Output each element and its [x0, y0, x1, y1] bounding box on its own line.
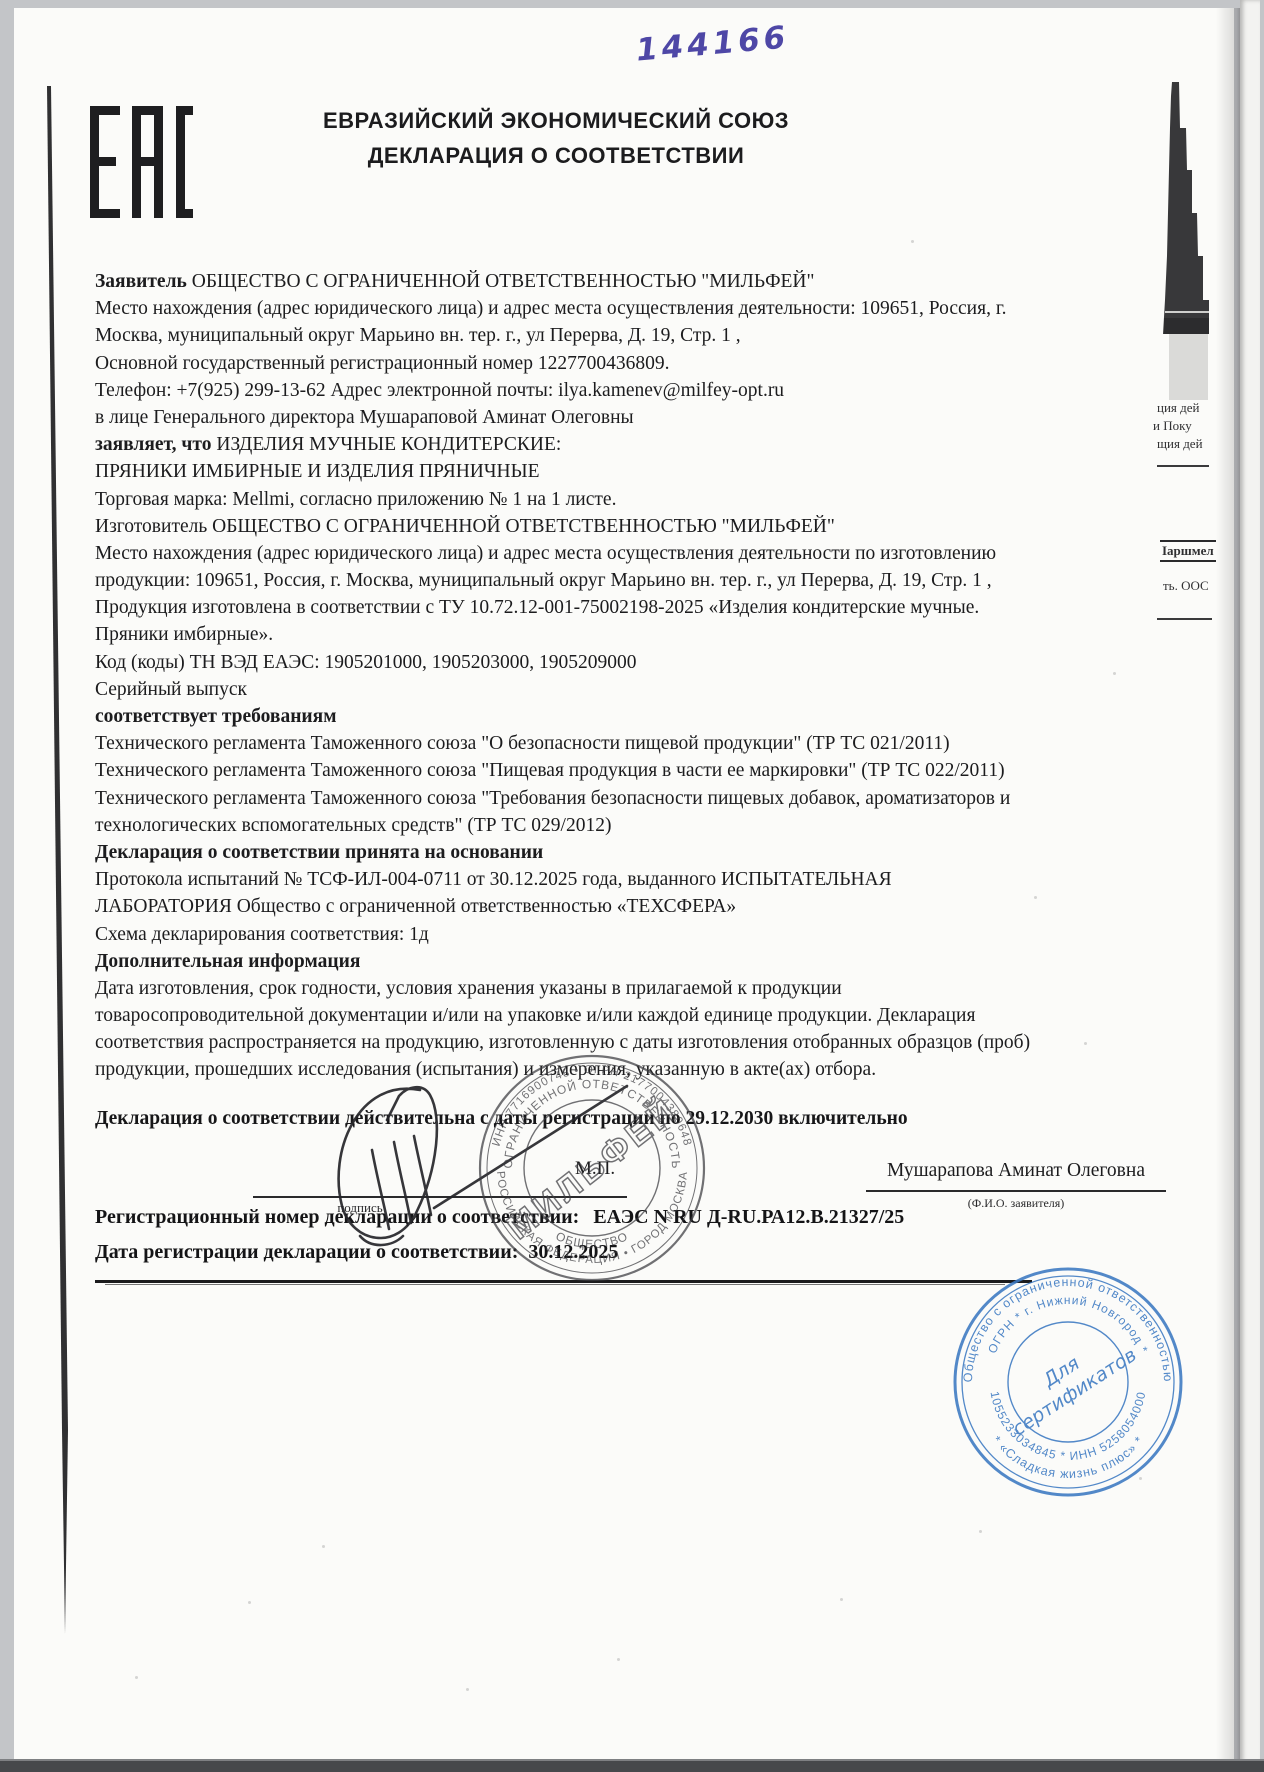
document-line: ЛАБОРАТОРИЯ Общество с ограниченной отве… [95, 893, 1095, 920]
applicant-name-line [866, 1172, 1166, 1192]
document-line: заявляет, что ИЗДЕЛИЯ МУЧНЫЕ КОНДИТЕРСКИ… [95, 431, 1095, 458]
registration-date-label: Дата регистрации декларации о соответств… [95, 1241, 518, 1263]
document-header: ЕВРАЗИЙСКИЙ ЭКОНОМИЧЕСКИЙ СОЮЗ ДЕКЛАРАЦИ… [250, 108, 862, 169]
document-line: Технического регламента Таможенного союз… [95, 785, 1095, 812]
document-line: ПРЯНИКИ ИМБИРНЫЕ И ИЗДЕЛИЯ ПРЯНИЧНЫЕ [95, 458, 1095, 485]
certification-blue-stamp: Общество с ограниченной ответственностью… [946, 1260, 1190, 1504]
document-line: Торговая марка: Mellmi, согласно приложе… [95, 486, 1095, 513]
document-line: Дополнительная информация [95, 948, 1095, 975]
document-line: Пряники имбирные». [95, 621, 1095, 648]
document-line: Место нахождения (адрес юридического лиц… [95, 295, 1095, 322]
sheet-behind-rule [1157, 618, 1212, 620]
document-line: технологических вспомогательных средств"… [95, 812, 1095, 839]
sheet-behind-rule [1157, 465, 1209, 467]
document-line: в лице Генерального директора Мушарапово… [95, 404, 1095, 431]
sheet-behind-fragment: ция дей [1157, 400, 1200, 416]
document-line: Место нахождения (адрес юридического лиц… [95, 540, 1095, 567]
document-line: Серийный выпуск [95, 676, 1095, 703]
document-line: Основной государственный регистрационный… [95, 350, 1095, 377]
document-line: Дата изготовления, срок годности, услови… [95, 975, 1095, 1002]
sheet-behind-fragment: и Поку [1153, 418, 1192, 434]
document-line: Технического регламента Таможенного союз… [95, 730, 1095, 757]
document-line: Заявитель ОБЩЕСТВО С ОГРАНИЧЕННОЙ ОТВЕТС… [95, 268, 1095, 295]
stamp-inner-bottom-text: ОБЩЕСТВО [554, 1229, 631, 1251]
sheet-behind-fragment: щия дей [1157, 436, 1203, 452]
scanned-declaration-page: { "header": { "logo": "EAC", "title_line… [0, 0, 1264, 1772]
scan-bottom-edge [0, 1759, 1264, 1772]
document-line: Код (коды) ТН ВЭД ЕАЭС: 1905201000, 1905… [95, 649, 1095, 676]
svg-text:ОБЩЕСТВО: ОБЩЕСТВО [554, 1229, 631, 1251]
document-line: Продукция изготовлена в соответствии с Т… [95, 594, 1095, 621]
document-line: соответствует требованиям [95, 703, 1095, 730]
underlying-sheet-edge [1240, 0, 1260, 1772]
document-line: Схема декларирования соответствия: 1д [95, 921, 1095, 948]
company-round-stamp: ИНН 7716900748 • ОГРН 2177004380648 РОСС… [470, 1046, 714, 1290]
declaration-title: ДЕКЛАРАЦИЯ О СООТВЕТСТВИИ [250, 143, 862, 169]
document-line: Технического регламента Таможенного союз… [95, 757, 1095, 784]
document-line: продукции: 109651, Россия, г. Москва, му… [95, 567, 1095, 594]
paper-edge-shadow [1216, 8, 1240, 1760]
union-title: ЕВРАЗИЙСКИЙ ЭКОНОМИЧЕСКИЙ СОЮЗ [250, 108, 862, 134]
document-line: Декларация о соответствии принята на осн… [95, 839, 1095, 866]
document-line: Москва, муниципальный округ Марьино вн. … [95, 322, 1095, 349]
document-line: Изготовитель ОБЩЕСТВО С ОГРАНИЧЕННОЙ ОТВ… [95, 513, 1095, 540]
document-line: Протокола испытаний № ТСФ-ИЛ-004-0711 от… [95, 866, 1095, 893]
document-line: Телефон: +7(925) 299-13-62 Адрес электро… [95, 377, 1095, 404]
document-line: товаросопроводительной документации и/ил… [95, 1002, 1095, 1029]
sheet-behind-fragment: Іаршмел [1160, 540, 1216, 562]
body-text: Заявитель ОБЩЕСТВО С ОГРАНИЧЕННОЙ ОТВЕТС… [95, 268, 1095, 1084]
applicant-name-caption: (Ф.И.О. заявителя) [866, 1196, 1166, 1211]
sheet-behind-fragment: ть. ООС [1163, 578, 1209, 594]
eac-logo [88, 104, 194, 220]
